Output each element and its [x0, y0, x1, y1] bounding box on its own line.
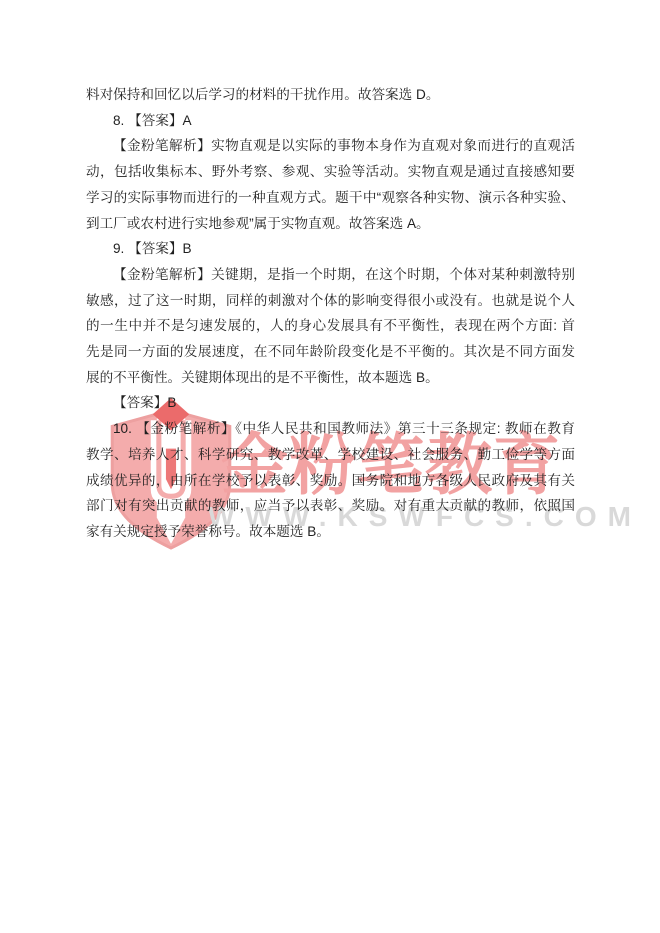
paragraph-continuation-line: 料对保持和回忆以后学习的材料的干扰作用。故答案选 D。: [86, 82, 575, 108]
analysis-10-line: 成绩优异的，由所在学校予以表彰、奖励。国务院和地方各级人民政府及其有关: [86, 468, 575, 494]
analysis-10-line: 10. 【金粉笔解析】《中华人民共和国教师法》第三十三条规定: 教师在教育: [86, 416, 575, 442]
document-page: 金粉笔教育 WWW.KSWFCS.COM 料对保持和回忆以后学习的材料的干扰作用…: [0, 0, 660, 933]
analysis-9-line: 先是同一方面的发展速度，在不同年龄阶段变化是不平衡的。其次是不同方面发: [86, 339, 575, 365]
analysis-8-line: 动，包括收集标本、野外考察、参观、实验等活动。实物直观是通过直接感知要: [86, 159, 575, 185]
document-text-block: 料对保持和回忆以后学习的材料的干扰作用。故答案选 D。 8. 【答案】A 【金粉…: [86, 82, 575, 545]
analysis-8-line: 学习的实际事物而进行的一种直观方式。题干中“观察各种实物、演示各种实验、: [86, 185, 575, 211]
answer-9-heading: 9. 【答案】B: [86, 236, 575, 262]
analysis-10-line: 教学、培养人才、科学研究、教学改革、学校建设、社会服务、勤工俭学等方面: [86, 442, 575, 468]
answer-8-heading: 8. 【答案】A: [86, 108, 575, 134]
analysis-9-line: 的一生中并不是匀速发展的，人的身心发展具有不平衡性，表现在两个方面: 首: [86, 313, 575, 339]
analysis-8-line: 【金粉笔解析】实物直观是以实际的事物本身作为直观对象而进行的直观活: [86, 133, 575, 159]
analysis-9-line: 敏感，过了这一时期，同样的刺激对个体的影响变得很小或没有。也就是说个人: [86, 288, 575, 314]
analysis-10-line: 家有关规定授予荣誉称号。故本题选 B。: [86, 519, 575, 545]
analysis-9-line: 展的不平衡性。关键期体现出的是不平衡性，故本题选 B。: [86, 365, 575, 391]
analysis-10-line: 部门对有突出贡献的教师，应当予以表彰、奖励。对有重大贡献的教师，依照国: [86, 493, 575, 519]
analysis-8-line: 到工厂或农村进行实地参观”属于实物直观。故答案选 A。: [86, 211, 575, 237]
answer-b-heading: 【答案】B: [86, 390, 575, 416]
analysis-9-line: 【金粉笔解析】关键期，是指一个时期，在这个时期，个体对某种刺激特别: [86, 262, 575, 288]
